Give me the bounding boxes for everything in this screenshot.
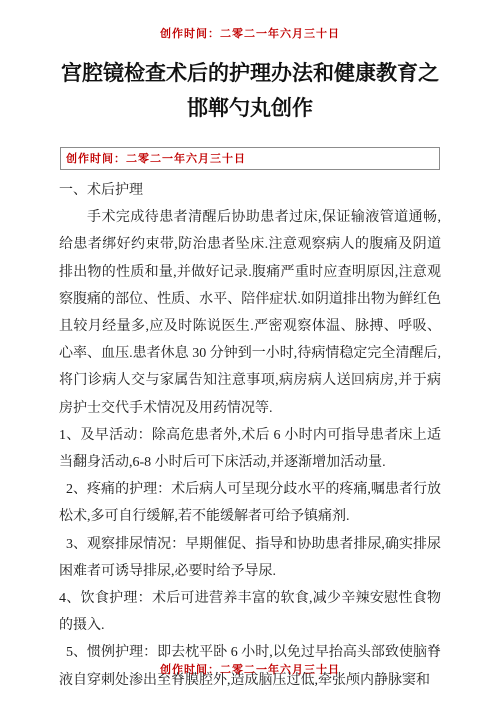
document-title: 宫腔镜检查术后的护理办法和健康教育之邯郸勺丸创作 — [58, 56, 442, 126]
paragraph: 1、及早活动：除高危患者外,术后 6 小时内可指导患者床上适当翻身活动,6-8 … — [59, 422, 441, 476]
paragraph: 3、观察排尿情况：早期催促、指导和协助患者排尿,确实排尿困难者可诱导排尿,必要时… — [59, 531, 441, 585]
body-paragraphs: 手术完成待患者清醒后协助患者过床,保证输液管道通畅,给患者绑好约束带,防治患者坠… — [59, 204, 441, 694]
section-heading: 一、术后护理 — [59, 177, 441, 204]
document-body: 一、术后护理 手术完成待患者清醒后协助患者过床,保证输液管道通畅,给患者绑好约束… — [59, 177, 441, 694]
creation-date-header: 创作时间：二零二一年六月三十日 — [0, 0, 500, 41]
document-page: 创作时间：二零二一年六月三十日 宫腔镜检查术后的护理办法和健康教育之邯郸勺丸创作… — [0, 0, 500, 707]
creation-date-box: 创作时间：二零二一年六月三十日 — [60, 147, 440, 170]
paragraph: 2、疼痛的护理：术后病人可呈现分歧水平的疼痛,嘱患者行放松术,多可自行缓解,若不… — [59, 476, 441, 530]
paragraph: 手术完成待患者清醒后协助患者过床,保证输液管道通畅,给患者绑好约束带,防治患者坠… — [59, 204, 441, 422]
creation-date-footer: 创作时间：二零二一年六月三十日 — [0, 661, 500, 677]
paragraph: 4、饮食护理：术后可进营养丰富的软食,减少辛辣安慰性食物的摄入. — [59, 585, 441, 639]
creation-date-box-text: 创作时间：二零二一年六月三十日 — [66, 153, 246, 165]
